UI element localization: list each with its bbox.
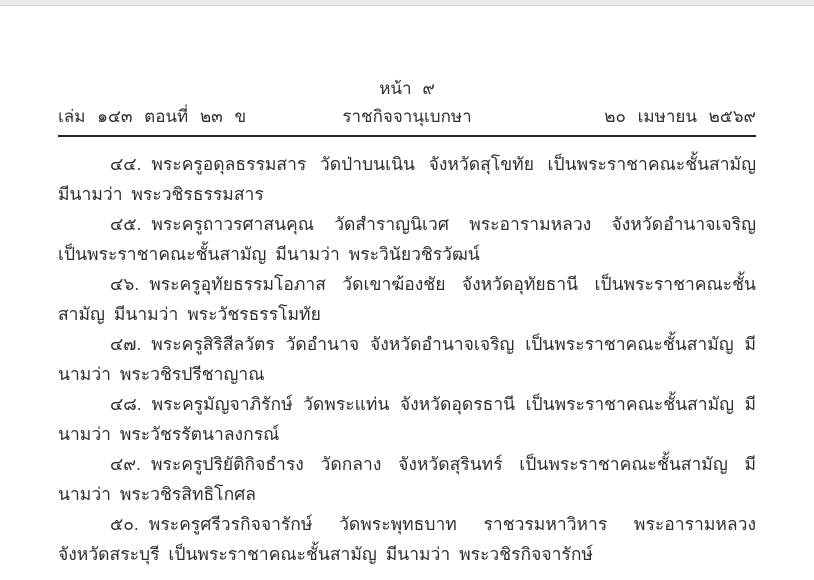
entry-paragraph: ๔๗.พระครูสิริสีลวัตร วัดอำนาจ จังหวัดอำน… <box>58 329 756 389</box>
gazette-document-page: หน้า ๙ เล่ม ๑๔๓ ตอนที่ ๒๓ ข ราชกิจจานุเบ… <box>0 0 814 580</box>
entry-number: ๔๙. <box>110 454 141 474</box>
entry-number: ๔๕. <box>110 214 141 234</box>
page-content: หน้า ๙ เล่ม ๑๔๓ ตอนที่ ๒๓ ข ราชกิจจานุเบ… <box>0 0 814 569</box>
entry-text: พระครูปริยัติกิจธำรง วัดกลาง จังหวัดสุริ… <box>58 454 756 504</box>
entry-number: ๕๐. <box>110 514 139 534</box>
entry-number: ๔๗. <box>110 334 141 354</box>
entry-text: พระครูอุทัยธรรมโอภาส วัดเขาฆ้องชัย จังหว… <box>58 274 756 324</box>
page-number-label: หน้า ๙ <box>58 78 756 100</box>
entry-text: พระครูสิริสีลวัตร วัดอำนาจ จังหวัดอำนาจเ… <box>58 334 756 384</box>
entry-paragraph: ๔๖.พระครูอุทัยธรรมโอภาส วัดเขาฆ้องชัย จั… <box>58 269 756 329</box>
entry-text: พระครูมัญจาภิรักษ์ วัดพระแท่น จังหวัดอุด… <box>58 394 756 444</box>
issue-date: ๒๐ เมษายน ๒๕๖๙ <box>482 106 756 128</box>
masthead: เล่ม ๑๔๓ ตอนที่ ๒๓ ข ราชกิจจานุเบกษา ๒๐ … <box>58 106 756 128</box>
gazette-title: ราชกิจจานุเบกษา <box>332 106 481 128</box>
entry-paragraph: ๔๙.พระครูปริยัติกิจธำรง วัดกลาง จังหวัดส… <box>58 449 756 509</box>
entry-text: พระครูศรีวรกิจจารักษ์ วัดพระพุทธบาท ราชว… <box>58 514 756 564</box>
entry-paragraph: ๔๕.พระครูถาวรศาสนคุณ วัดสำราญนิเวศ พระอา… <box>58 209 756 269</box>
header-divider <box>58 135 756 137</box>
appointment-entries: ๔๔.พระครูอดุลธรรมสาร วัดป่าบนเนิน จังหวั… <box>58 149 756 569</box>
entry-paragraph: ๕๐.พระครูศรีวรกิจจารักษ์ วัดพระพุทธบาท ร… <box>58 509 756 569</box>
volume-part-label: เล่ม ๑๔๓ ตอนที่ ๒๓ ข <box>58 106 332 128</box>
entry-paragraph: ๔๘.พระครูมัญจาภิรักษ์ วัดพระแท่น จังหวัด… <box>58 389 756 449</box>
entry-text: พระครูถาวรศาสนคุณ วัดสำราญนิเวศ พระอาราม… <box>58 214 756 264</box>
entry-number: ๔๔. <box>110 154 141 174</box>
entry-text: พระครูอดุลธรรมสาร วัดป่าบนเนิน จังหวัดสุ… <box>58 154 756 204</box>
entry-number: ๔๖. <box>110 274 139 294</box>
entry-paragraph: ๔๔.พระครูอดุลธรรมสาร วัดป่าบนเนิน จังหวั… <box>58 149 756 209</box>
entry-number: ๔๘. <box>110 394 142 414</box>
